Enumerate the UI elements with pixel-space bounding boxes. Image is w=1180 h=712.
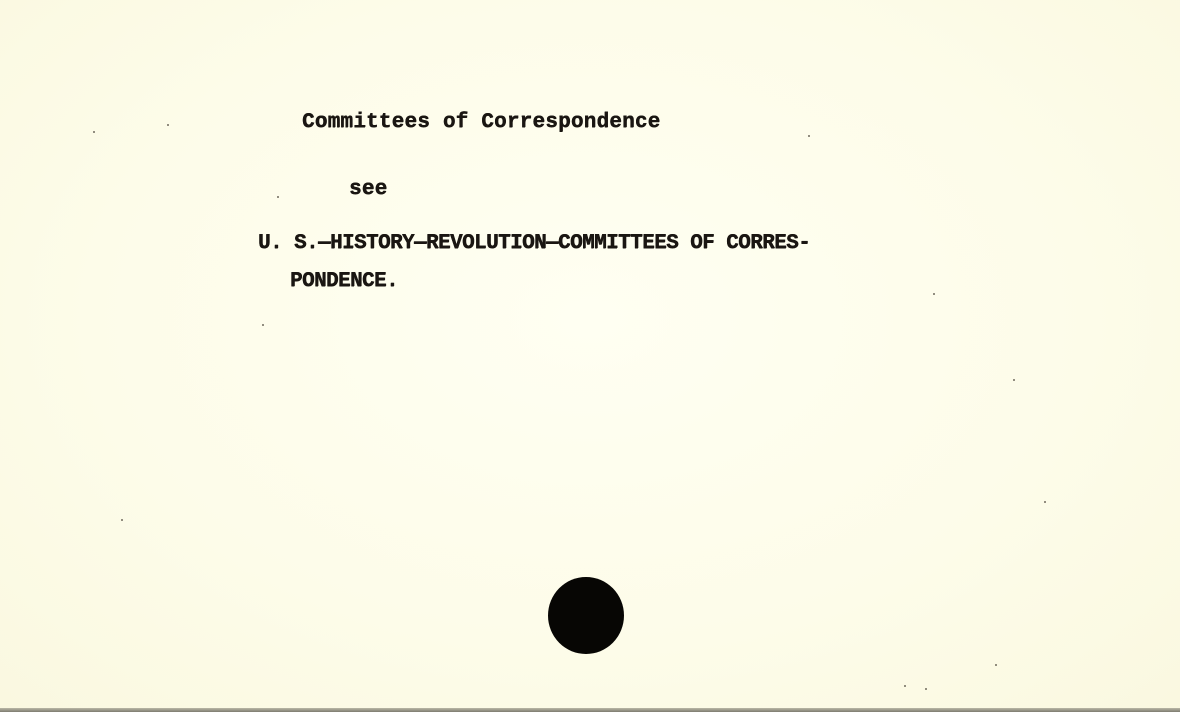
paper-speck	[933, 293, 935, 295]
see-reference-label: see	[349, 178, 387, 201]
paper-speck	[277, 196, 279, 198]
paper-speck	[904, 685, 906, 687]
paper-speck	[262, 324, 264, 326]
card-heading: Committees of Correspondence	[302, 111, 660, 134]
card-bottom-edge	[0, 708, 1180, 712]
paper-speck	[808, 135, 810, 137]
paper-speck	[93, 131, 95, 133]
paper-speck	[121, 519, 123, 521]
subject-reference-line-1: U. S.—HISTORY—REVOLUTION—COMMITTEES OF C…	[258, 232, 810, 255]
paper-speck	[167, 124, 169, 126]
catalog-card: Committees of Correspondence see U. S.—H…	[0, 0, 1180, 708]
paper-speck	[1013, 379, 1015, 381]
paper-speck	[925, 688, 927, 690]
subject-reference-line-2: PONDENCE.	[290, 270, 398, 293]
paper-speck	[1044, 501, 1046, 503]
punch-hole-icon	[548, 577, 624, 654]
paper-speck	[995, 664, 997, 666]
